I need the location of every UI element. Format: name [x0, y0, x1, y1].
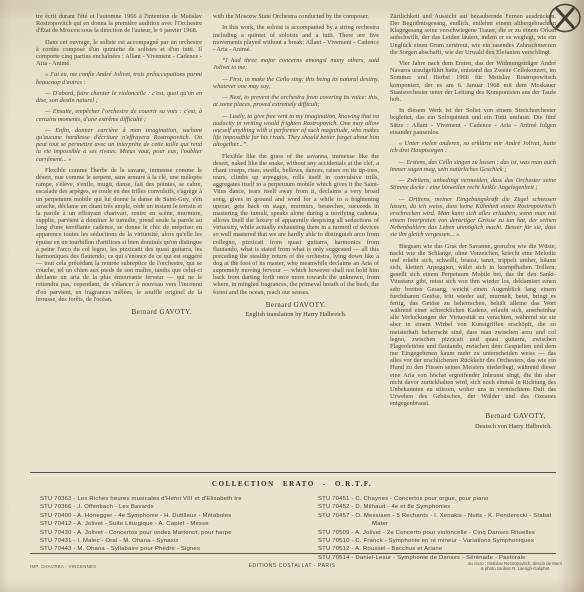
german-column: Zärtlichkeit und Aussicht auf bezaubernd… — [390, 13, 556, 430]
catalog-heading: COLLECTION ERATO - O.R.T.F. — [0, 480, 584, 488]
catalog-entry: STU 70412 - A. Jolivet - Suite Liturgiqu… — [40, 520, 308, 528]
cover-credit-line2: & photo couleur R. Laengh-Galiphot — [468, 566, 562, 571]
english-column: with the Moscow State Orchestra conducte… — [213, 13, 379, 430]
liner-paragraph: — D'abord, faire chanter le violoncelle … — [36, 90, 202, 104]
liner-paragraph: “I had three major concerns amongst many… — [213, 57, 379, 71]
translator-credit: Deutsch von Harry Halbreich. — [390, 423, 556, 430]
liner-paragraph: Vier Jahre nach dem Ersten, das der Widm… — [390, 60, 556, 103]
liner-paragraph: tre écrit durant l'été et l'automne 1966… — [36, 13, 202, 34]
liner-paragraph: « Unter vielen anderen, so erklärte mir … — [390, 140, 556, 154]
liner-paragraph: — Ensuite, empêcher l'orchestre de couvr… — [36, 108, 202, 122]
liner-paragraph: Dans cet ouvrage, le soliste est accompa… — [36, 39, 202, 68]
catalog-left-column: STU 70363 - Les Riches heures musicales … — [40, 495, 308, 554]
liner-paragraph: — First, to make the Cello sing: this be… — [213, 76, 379, 90]
catalog-entry: STU 70452 - D. Milhaud - 4e et 8e Sympho… — [318, 503, 556, 511]
liner-paragraph: with the Moscow State Orchestra conducte… — [213, 13, 379, 20]
catalog-entry: STU 70430 - A. Jolivet - Concertos pour … — [40, 529, 308, 537]
catalog-entry: STU 70457 - O. Messiaen - 5 Rechants - I… — [318, 512, 556, 529]
liner-paragraph: — Enfin, donner carrière à mon imaginati… — [36, 127, 202, 163]
liner-paragraph: Biegsam wie das Gras der Savanne, grenzl… — [390, 243, 556, 408]
liner-paragraph: In this work, the soloist is accompanied… — [213, 24, 379, 53]
catalog-entry: STU 70400 - A. Honegger - 4e Symphonie -… — [40, 512, 308, 520]
liner-paragraph: In diesem Werk ist der Solist von einem … — [390, 107, 556, 136]
french-column: tre écrit durant l'été et l'automne 1966… — [36, 13, 202, 430]
catalog-entry: STU 70451 - C. Chaynes - Concertos pour … — [318, 495, 556, 503]
separator-rule-top — [30, 472, 556, 473]
author-signature: Bernard GAVOTY. — [36, 309, 202, 316]
catalog-entry: STU 70510 - C. Franck - Symphonie en ré … — [318, 537, 556, 545]
liner-paragraph: — Zweitens, unbedingt vermeiden, dass da… — [390, 177, 556, 191]
catalog-entry: STU 70509 - A. Jolivet - 2e Concerto pou… — [318, 529, 556, 537]
liner-paragraph: « J'ai eu, me confie André Jolivet, troi… — [36, 71, 202, 85]
catalog-entry: STU 70431 - I. Malec - Oral - M. Ohana -… — [40, 537, 308, 545]
liner-paragraph: — Erstens, das Cello singen zu lassen : … — [390, 159, 556, 173]
liner-paragraph: Flexible like the grass of the savanna, … — [213, 153, 379, 296]
author-signature: Bernard GAVOTY. — [213, 302, 379, 309]
author-signature: Bernard GAVOTY, — [390, 413, 556, 420]
translator-credit: English translation by Harry Halbreich. — [213, 311, 379, 318]
liner-paragraph: Flexible comme l'herbe de la savane, imm… — [36, 167, 202, 303]
liner-paragraph: — Next, to prevent the orchestra from co… — [213, 94, 379, 108]
liner-paragraph: — Drittens, meiner Eingebungskraft die Z… — [390, 196, 556, 239]
catalog-entry: STU 70363 - Les Riches heures musicales … — [40, 495, 308, 503]
liner-notes: tre écrit durant l'été et l'automne 1966… — [36, 13, 557, 430]
record-sleeve-back: tre écrit durant l'été et l'automne 1966… — [0, 0, 584, 592]
liner-paragraph: Zärtlichkeit und Aussicht auf bezaubernd… — [390, 13, 556, 56]
cover-credit: au recto : Mstislav Rostropovitch, dessi… — [468, 561, 562, 572]
catalog-entry: STU 70366 - J. Offenbach - Les Bavards — [40, 503, 308, 511]
separator-rule-bottom — [30, 553, 556, 554]
x-annotation-icon — [547, 2, 583, 34]
liner-paragraph: — Lastly, to give free vent to my imagin… — [213, 113, 379, 149]
